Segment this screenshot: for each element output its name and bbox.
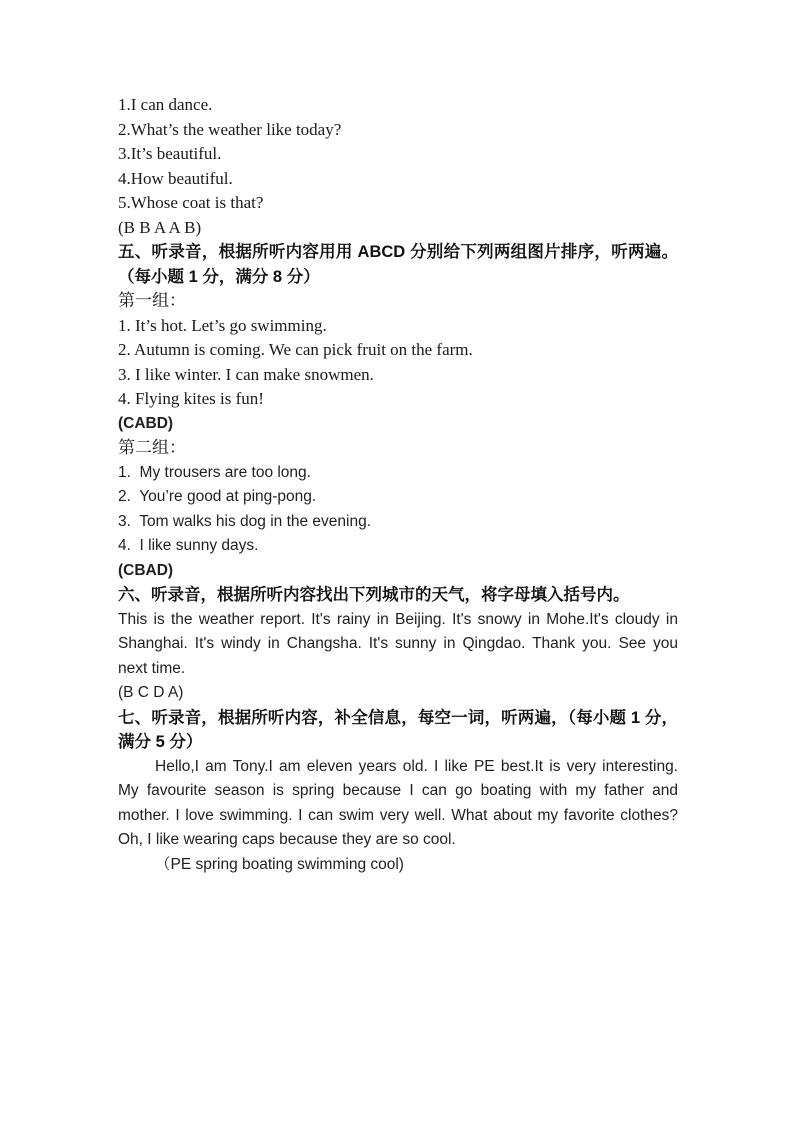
answer-key-section6: (B C D A) [118,681,678,706]
section7-heading: 七、听录音，根据所听内容，补全信息，每空一词，听两遍，（每小题 1 分，满分 5… [118,706,678,755]
group1-line-1: 1. It’s hot. Let’s go swimming. [118,314,678,339]
transcript-line-4: 4.How beautiful. [118,167,678,192]
answer-key-section4: (B B A A B) [118,216,678,241]
section6-transcript: This is the weather report. It's rainy i… [118,608,678,682]
group2-line-3: 3. Tom walks his dog in the evening. [118,510,678,535]
group1-line-4: 4. Flying kites is fun! [118,387,678,412]
transcript-line-3: 3.It’s beautiful. [118,142,678,167]
group2-line-1: 1. My trousers are too long. [118,461,678,486]
group1-line-3: 3. I like winter. I can make snowmen. [118,363,678,388]
answer-key-section7: （PE spring boating swimming cool) [118,853,678,878]
group2-line-4: 4. I like sunny days. [118,534,678,559]
document-content: 1.I can dance. 2.What’s the weather like… [118,93,678,877]
answer-key-group1: (CABD) [118,412,678,437]
group2-label: 第二组： [118,436,678,461]
transcript-line-1: 1.I can dance. [118,93,678,118]
section5-heading: 五、听录音，根据所听内容用用 ABCD 分别给下列两组图片排序，听两遍。（每小题… [118,240,678,289]
section7-transcript: Hello,I am Tony.I am eleven years old. I… [118,755,678,853]
group2-line-2: 2. You’re good at ping-pong. [118,485,678,510]
transcript-line-2: 2.What’s the weather like today? [118,118,678,143]
section6-heading: 六、听录音，根据所听内容找出下列城市的天气，将字母填入括号内。 [118,583,678,608]
group1-label: 第一组： [118,289,678,314]
group1-line-2: 2. Autumn is coming. We can pick fruit o… [118,338,678,363]
document-page: 1.I can dance. 2.What’s the weather like… [0,0,793,1122]
transcript-line-5: 5.Whose coat is that? [118,191,678,216]
answer-key-group2: (CBAD) [118,559,678,584]
